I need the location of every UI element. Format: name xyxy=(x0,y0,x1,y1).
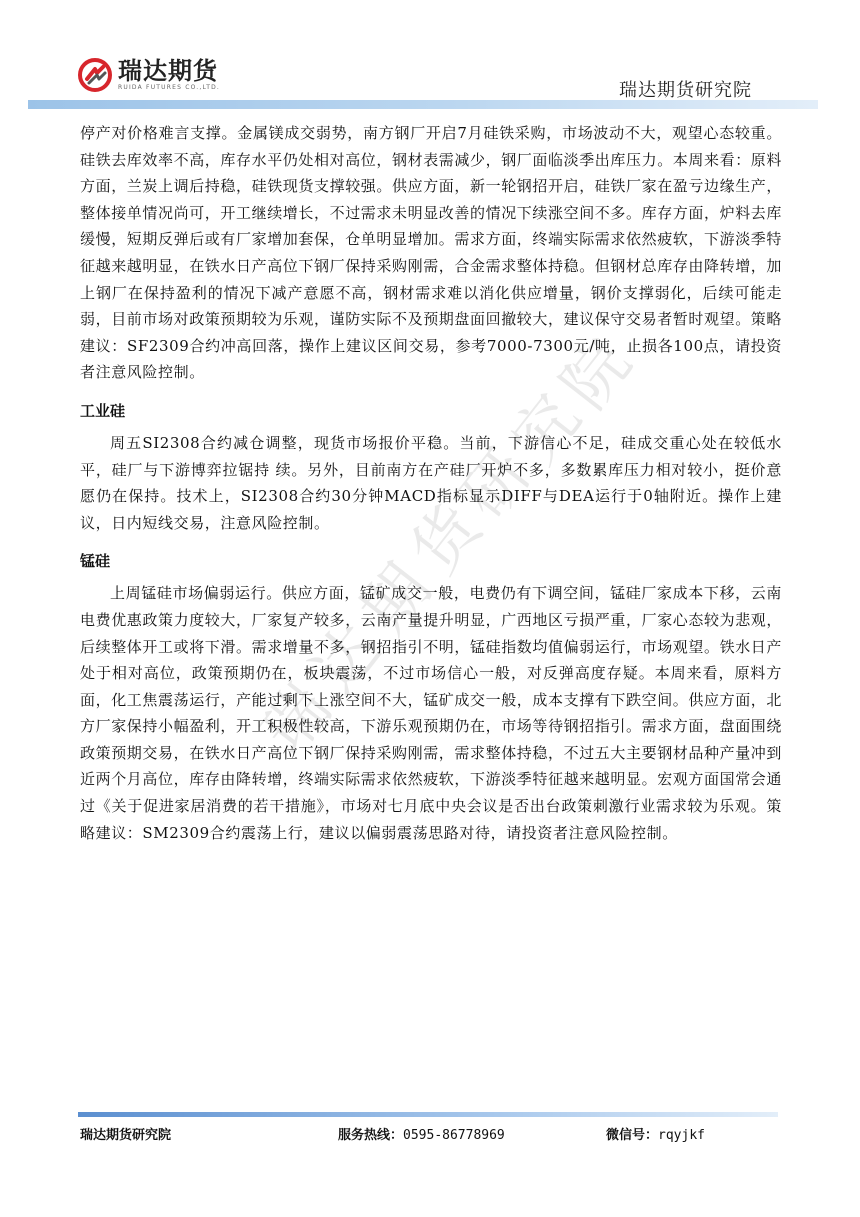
ferrosilicon-paragraph: 停产对价格难言支撑。金属镁成交弱势，南方钢厂开启7月硅铁采购，市场波动不大，观望… xyxy=(80,120,782,386)
section-title-industrial-silicon: 工业硅 xyxy=(80,398,782,424)
footer-divider-bar xyxy=(78,1112,778,1117)
footer-institute: 瑞达期货研究院 xyxy=(80,1124,171,1143)
page-header: 瑞达期货 RUIDA FUTURES CO.,LTD. 瑞达期货研究院 xyxy=(0,0,860,112)
logo-name: 瑞达期货 xyxy=(118,58,220,84)
institute-title: 瑞达期货研究院 xyxy=(619,76,752,102)
wechat-label: 微信号： xyxy=(606,1128,658,1143)
silicomanganese-paragraph: 上周锰硅市场偏弱运行。供应方面，锰矿成交一般，电费仍有下调空间，锰硅厂家成本下移… xyxy=(80,580,782,846)
page-footer: 瑞达期货研究院 服务热线：0595-86778969 微信号：rqyjkf xyxy=(80,1124,780,1148)
hotline-label: 服务热线： xyxy=(338,1128,403,1143)
hotline-value: 0595-86778969 xyxy=(403,1128,505,1143)
header-divider-bar xyxy=(28,100,818,109)
wechat-value: rqyjkf xyxy=(658,1128,705,1143)
section-title-silicomanganese: 锰硅 xyxy=(80,548,782,574)
company-logo: 瑞达期货 RUIDA FUTURES CO.,LTD. xyxy=(78,58,220,92)
footer-hotline: 服务热线：0595-86778969 xyxy=(338,1124,505,1143)
footer-wechat: 微信号：rqyjkf xyxy=(606,1124,705,1143)
industrial-silicon-paragraph: 周五SI2308合约减仓调整，现货市场报价平稳。当前，下游信心不足，硅成交重心处… xyxy=(80,430,782,536)
document-body: 停产对价格难言支撑。金属镁成交弱势，南方钢厂开启7月硅铁采购，市场波动不大，观望… xyxy=(80,120,782,846)
logo-mark-icon xyxy=(78,58,112,92)
logo-subtitle: RUIDA FUTURES CO.,LTD. xyxy=(118,84,220,92)
